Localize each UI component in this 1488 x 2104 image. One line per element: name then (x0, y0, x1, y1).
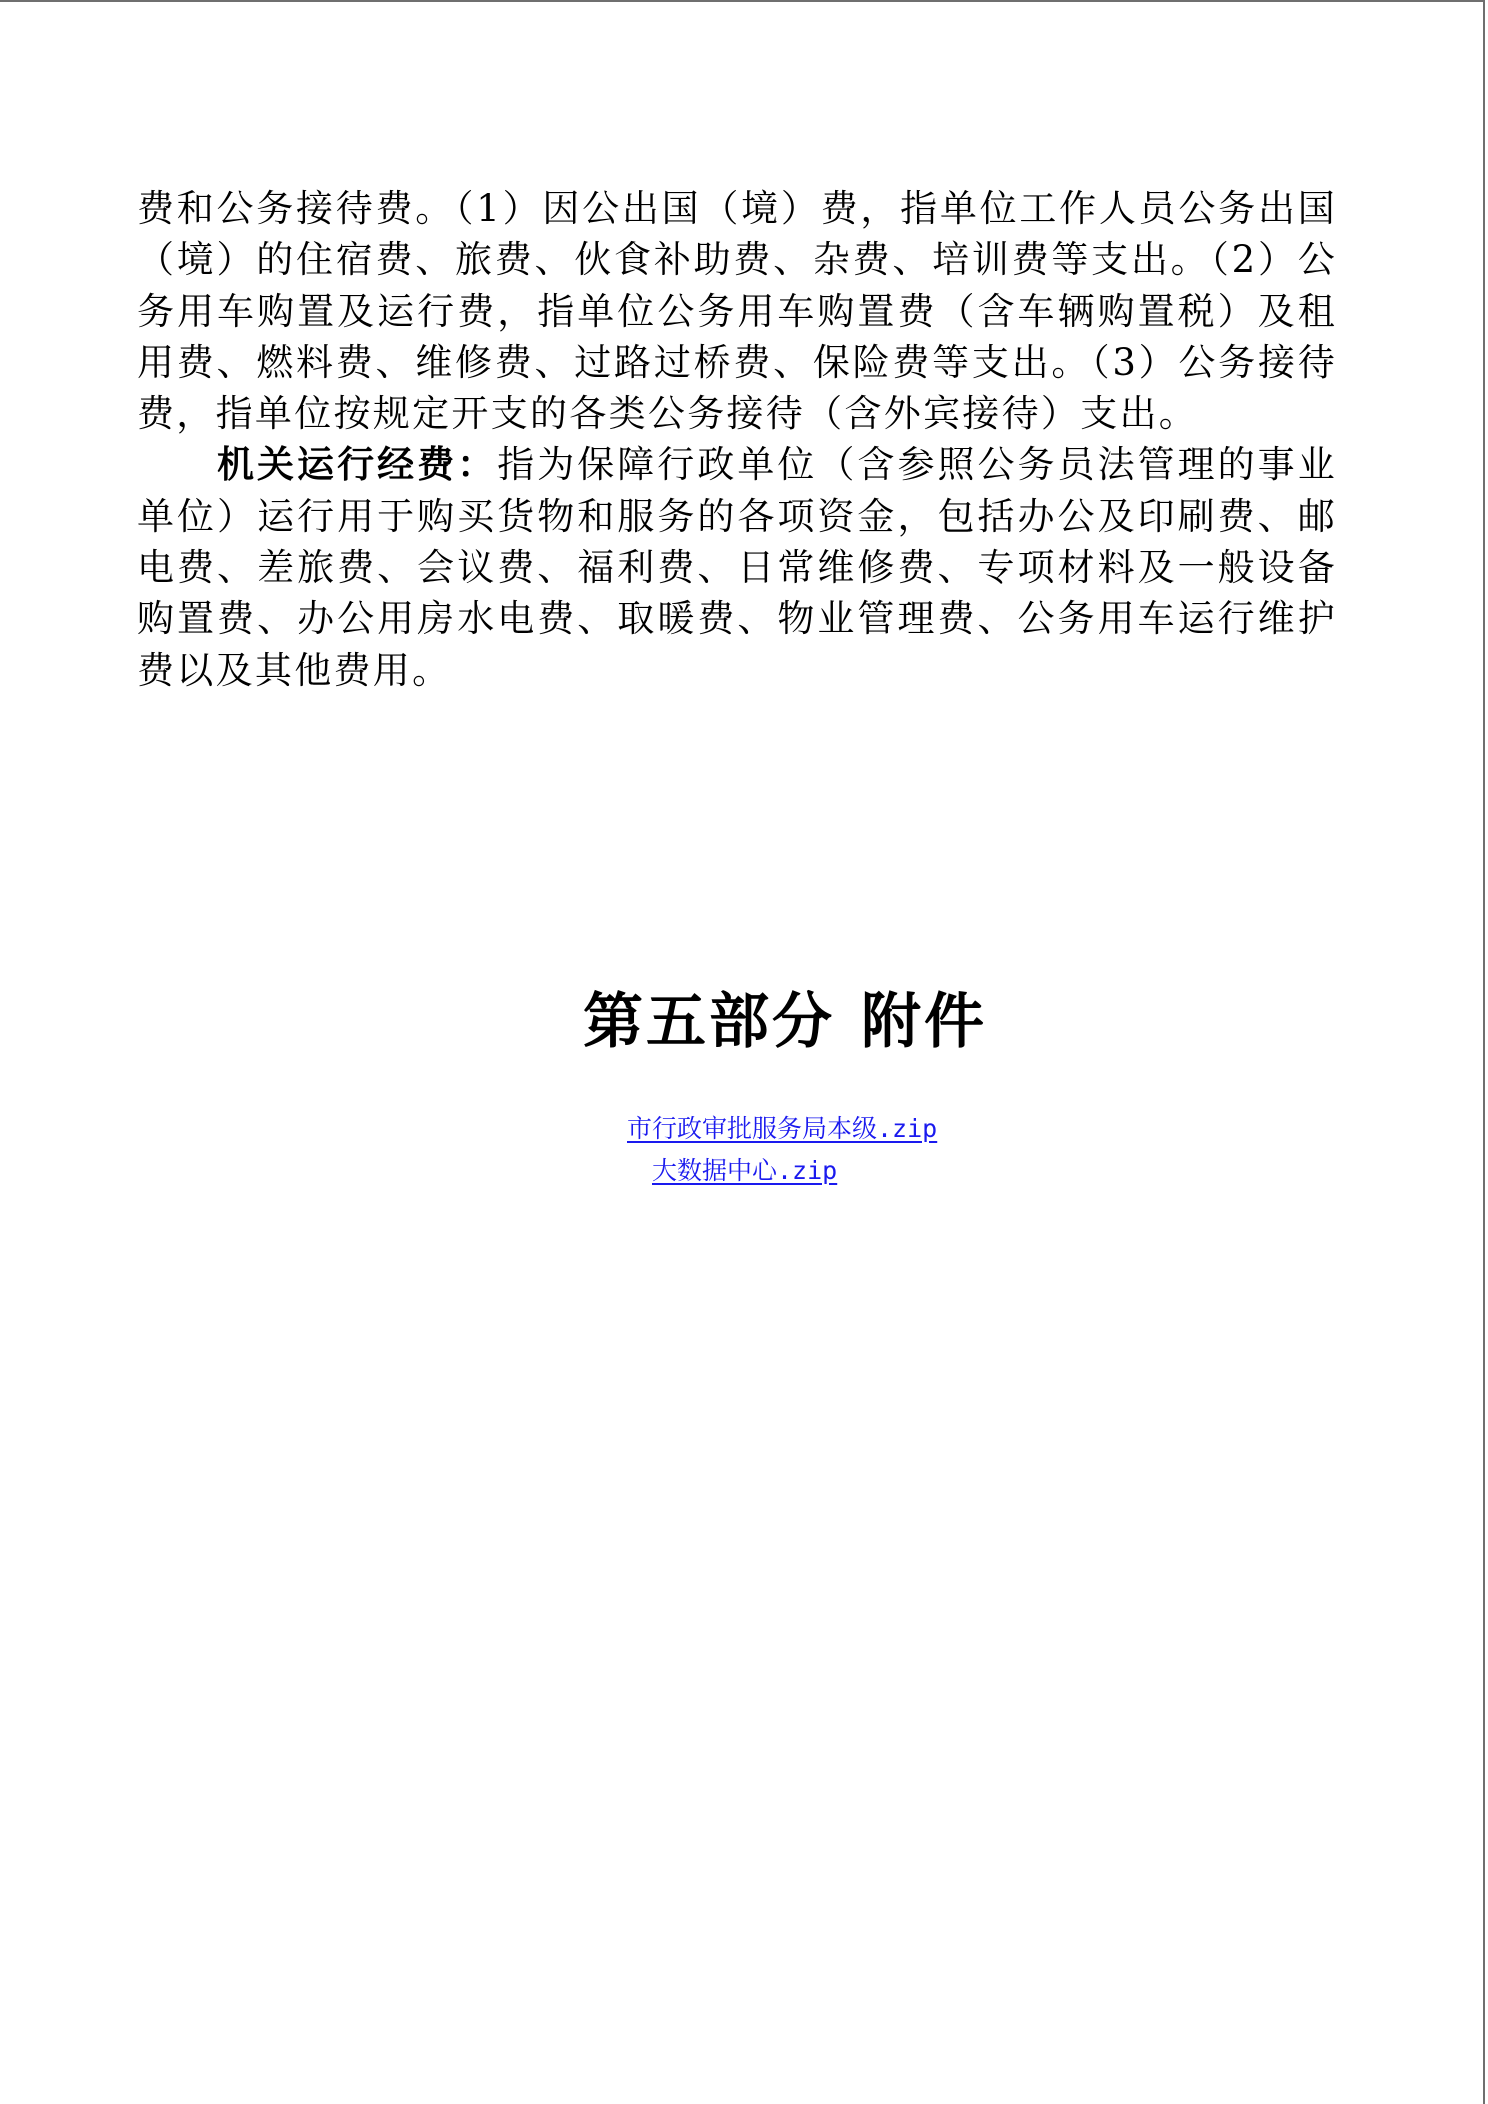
term-heading: 机关运行经费： (217, 443, 497, 486)
section-part-label: 第五部分 (583, 987, 835, 1057)
paragraph-operating-expenses: 机关运行经费：指为保障行政单位（含参照公务员法管理的事业单位）运行用于购买货物和… (137, 439, 1337, 695)
attachment-list: 市行政审批服务局本级.zip 大数据中心.zip (627, 1108, 937, 1192)
paragraph-public-expenses: 费和公务接待费。（1）因公出国（境）费，指单位工作人员公务出国（境）的住宿费、旅… (137, 183, 1337, 439)
body-text: 费和公务接待费。（1）因公出国（境）费，指单位工作人员公务出国（境）的住宿费、旅… (137, 183, 1337, 696)
paragraph-text: 费和公务接待费。（1）因公出国（境）费，指单位工作人员公务出国（境）的住宿费、旅… (137, 187, 1337, 435)
section-name: 附件 (861, 987, 987, 1057)
attachment-link-bureau-zip[interactable]: 市行政审批服务局本级.zip (627, 1108, 937, 1150)
attachment-link-bigdata-zip[interactable]: 大数据中心.zip (652, 1150, 937, 1192)
document-page: 费和公务接待费。（1）因公出国（境）费，指单位工作人员公务出国（境）的住宿费、旅… (0, 0, 1485, 2104)
section-title: 第五部分附件 (0, 982, 1488, 1062)
